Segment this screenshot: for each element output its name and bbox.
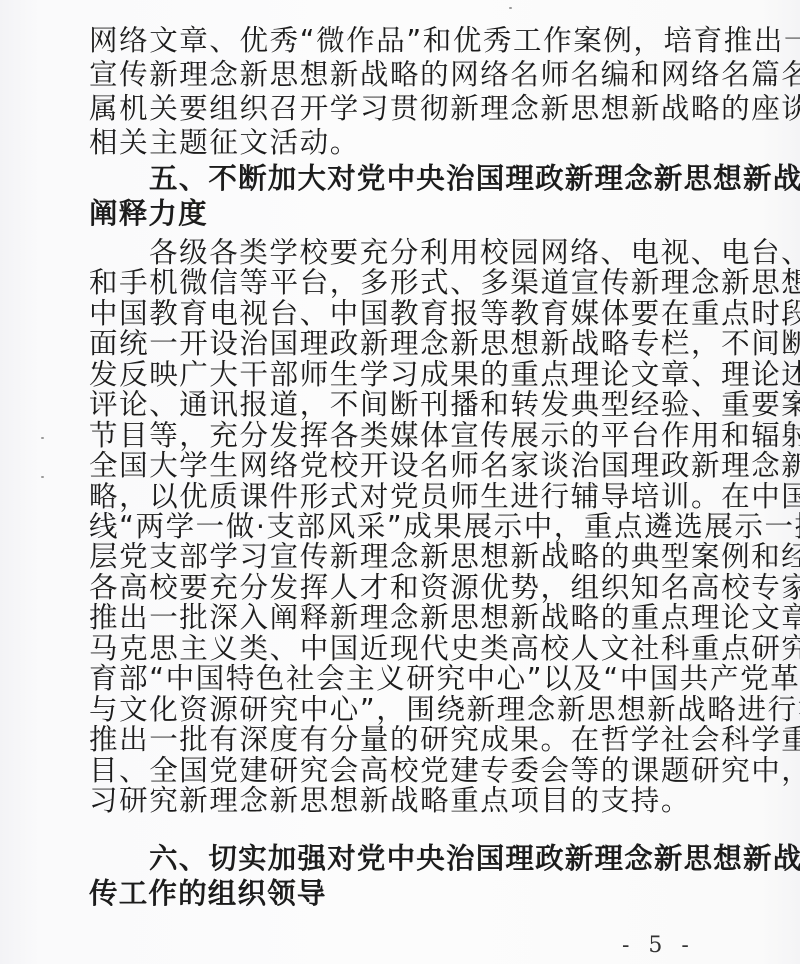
paragraph-line: 宣传新理念新思想新战略的网络名师名编和网络名篇名作。部直	[89, 58, 711, 92]
paragraph-line: 推出一批深入阐释新理念新思想新战略的重点理论文章。要依托	[89, 601, 711, 635]
paragraph-line: 相关主题征文活动。	[89, 126, 711, 160]
paragraph-line: 发反映广大干部师生学习成果的重点理论文章、理论述评、言论	[89, 358, 711, 392]
paragraph-line: 节目等，充分发挥各类媒体宣传展示的平台作用和辐射功能。在	[89, 419, 711, 453]
heading-line: 五、不断加大对党中央治国理政新理念新思想新战略的宣传	[89, 162, 711, 196]
paragraph-line: 网络文章、优秀“微作品”和优秀工作案例，培育推出一批学习	[89, 24, 711, 58]
paragraph-line: 属机关要组织召开学习贯彻新理念新思想新战略的座谈会，举办	[89, 92, 711, 126]
heading-line: 传工作的组织领导	[89, 877, 711, 911]
paragraph-line: 各高校要充分发挥人才和资源优势，组织知名高校专家学者及时	[89, 571, 711, 605]
paragraph-line: 育部“中国特色社会主义研究中心”以及“中国共产党革命精神	[89, 662, 711, 696]
paragraph-line: 面统一开设治国理政新理念新思想新战略专栏，不间断刊播和转	[89, 327, 711, 361]
paragraph-line: 和手机微信等平台，多形式、多渠道宣传新理念新思想新战略。	[89, 266, 711, 300]
paragraph-line: 中国教育电视台、中国教育报等教育媒体要在重点时段、重要版	[89, 297, 711, 331]
paragraph-line: 评论、通讯报道，不间断刊播和转发典型经验、重要案例、专题	[89, 388, 711, 422]
paragraph-line: 马克思主义类、中国近现代史类高校人文社科重点研究基地、教	[89, 632, 711, 666]
document-page: 网络文章、优秀“微作品”和优秀工作案例，培育推出一批学习 宣传新理念新思想新战略…	[0, 0, 800, 964]
paragraph-line: 与文化资源研究中心”，围绕新理念新思想新战略进行深入研究，	[89, 693, 711, 727]
paragraph-line: 习研究新理念新思想新战略重点项目的支持。	[89, 784, 711, 818]
scan-speck	[509, 7, 512, 9]
paragraph-line: 层党支部学习宣传新理念新思想新战略的典型案例和经验做法。	[89, 540, 711, 574]
paragraph-line: 全国大学生网络党校开设名师名家谈治国理政新理念新思想新战	[89, 449, 711, 483]
page-number: - 5 -	[622, 932, 695, 960]
scan-speck	[41, 437, 44, 439]
paragraph-line: 各级各类学校要充分利用校园网络、电视、电台、校报校刊	[89, 236, 711, 270]
scan-speck	[41, 476, 44, 478]
paragraph-line: 推出一批有深度有分量的研究成果。在哲学社会科学重点规划项	[89, 723, 711, 757]
paragraph-line: 目、全国党建研究会高校党建专委会等的课题研究中，加强对学	[89, 754, 711, 788]
heading-line: 阐释力度	[89, 197, 711, 231]
heading-line: 六、切实加强对党中央治国理政新理念新思想新战略学习宣	[89, 842, 711, 876]
paragraph-line: 线“两学一做·支部风采”成果展示中，重点遴选展示一批高校基	[89, 510, 711, 544]
paragraph-line: 略，以优质课件形式对党员师生进行辅导培训。在中国大学生在	[89, 480, 711, 514]
